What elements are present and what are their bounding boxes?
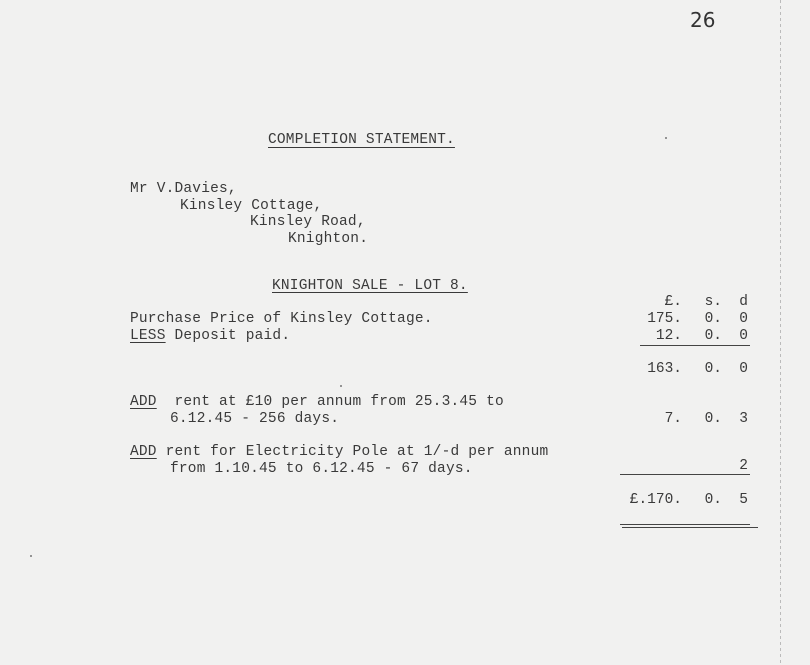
- total-pence: 5: [730, 492, 748, 509]
- speck: [30, 555, 32, 557]
- rent-label: rent at £10 per annum from 25.3.45 to: [157, 394, 504, 410]
- address-line1: Kinsley Cottage,: [180, 198, 322, 215]
- amount-pence: 3: [730, 411, 748, 428]
- deposit-label: Deposit paid.: [166, 328, 291, 344]
- speck: [665, 137, 667, 139]
- double-rule-bottom: [622, 527, 758, 528]
- amount-pounds: 7.: [630, 411, 682, 428]
- amount-shillings: 0.: [700, 328, 722, 345]
- subtotal-pence: 0: [730, 361, 748, 378]
- line-purchase-price: Purchase Price of Kinsley Cottage.: [130, 311, 433, 328]
- page-number: 26: [690, 8, 715, 32]
- col-pounds: £.: [640, 294, 682, 311]
- col-pence: d: [730, 294, 748, 311]
- speck: [340, 385, 342, 387]
- sale-subtitle: KNIGHTON SALE - LOT 8.: [272, 278, 468, 295]
- line-deposit: LESS Deposit paid.: [130, 328, 290, 345]
- add-label: ADD: [130, 444, 157, 460]
- amount-shillings: 0.: [700, 311, 722, 328]
- subtotal-pounds: 163.: [630, 361, 682, 378]
- total-pounds: £.170.: [610, 492, 682, 509]
- amount-pounds: 12.: [630, 328, 682, 345]
- amount-pence: 2: [730, 458, 748, 475]
- total-shillings: 0.: [700, 492, 722, 509]
- amount-pence: 0: [730, 328, 748, 345]
- less-label: LESS: [130, 328, 166, 344]
- col-shillings: s.: [700, 294, 722, 311]
- address-line2: Kinsley Road,: [250, 214, 366, 231]
- add-label: ADD: [130, 394, 157, 410]
- address-line3: Knighton.: [288, 231, 368, 248]
- page-edge: [780, 0, 781, 665]
- subtotal-rule: [640, 345, 750, 346]
- line-electricity-pole: ADD rent for Electricity Pole at 1/-d pe…: [130, 444, 548, 461]
- subtotal-shillings: 0.: [700, 361, 722, 378]
- double-rule-top: [620, 524, 750, 525]
- amount-pounds: 175.: [630, 311, 682, 328]
- document-title: COMPLETION STATEMENT.: [268, 132, 455, 149]
- total-rule: [620, 474, 750, 475]
- line-rent: ADD rent at £10 per annum from 25.3.45 t…: [130, 394, 504, 411]
- pole-label: rent for Electricity Pole at 1/-d per an…: [157, 444, 549, 460]
- line-rent-cont: 6.12.45 - 256 days.: [170, 411, 339, 428]
- address-name: Mr V.Davies,: [130, 181, 237, 198]
- line-pole-cont: from 1.10.45 to 6.12.45 - 67 days.: [170, 461, 473, 478]
- amount-shillings: 0.: [700, 411, 722, 428]
- amount-pence: 0: [730, 311, 748, 328]
